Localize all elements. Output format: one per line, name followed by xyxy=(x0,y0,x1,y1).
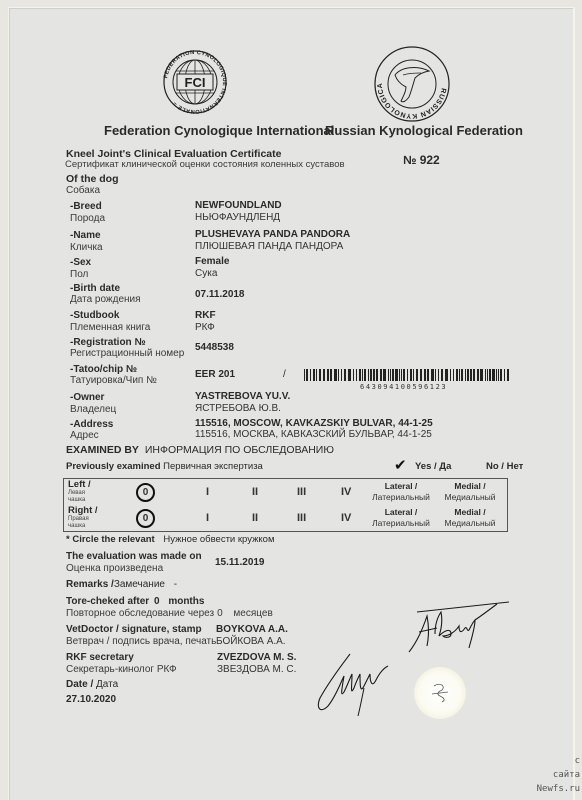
date-label: Date / Дата xyxy=(66,679,118,690)
field-label-ru: Племенная книга xyxy=(70,322,150,333)
lateral-option[interactable]: Lateral / Латериальный xyxy=(366,507,436,529)
medial-option[interactable]: Medial / Медиальный xyxy=(437,481,503,503)
previously-examined: Previously examined Первичная экспертиза xyxy=(66,461,263,472)
field-label-ru: Кличка xyxy=(70,242,103,253)
side-label-ru: Левая чашка xyxy=(68,490,98,504)
medial-ru: Медиальный xyxy=(437,518,503,529)
lateral-ru: Латериальный xyxy=(366,518,436,529)
field-value-ru: ПЛЮШЕВАЯ ПАНДА ПАНДОРА xyxy=(195,241,343,252)
grade-0-circled[interactable]: 0 xyxy=(136,509,155,528)
svg-text:FCI: FCI xyxy=(185,75,206,90)
grade-IV[interactable]: IV xyxy=(341,486,351,498)
grade-row-right: Right / Правая чашка 0 I II III IV Later… xyxy=(64,505,507,531)
evaluation-made-on-ru: Оценка произведена xyxy=(66,563,163,574)
field-label-en: -Address xyxy=(70,419,113,430)
lateral-en: Lateral / xyxy=(366,507,436,518)
remarks-label-en: Remarks / xyxy=(66,579,114,590)
side-label-en: Right / xyxy=(68,505,98,516)
vet-label-en: VetDoctor / signature, stamp xyxy=(66,624,202,635)
grade-I[interactable]: I xyxy=(206,512,209,524)
examined-by-en: EXAMINED BY xyxy=(66,444,139,456)
field-value-en: YASTREBOVA YU.V. xyxy=(195,391,290,402)
date-label-en: Date / xyxy=(66,679,93,690)
grade-0-circled[interactable]: 0 xyxy=(136,483,155,502)
secretary-name-ru: ЗВЕЗДОВА М. С. xyxy=(217,664,296,675)
vet-name-en: BOYKOVA A.A. xyxy=(216,624,288,635)
recheck-label-en: Tore-cheked after xyxy=(66,596,149,607)
field-label-ru: Татуировка/Чип № xyxy=(70,375,157,386)
field-value-en: PLUSHEVAYA PANDA PANDORA xyxy=(195,229,350,240)
medial-en: Medial / xyxy=(437,507,503,518)
recheck-unit-ru: месяцев xyxy=(233,608,272,619)
recheck-en: Tore-cheked after 0 months xyxy=(66,596,204,607)
lateral-ru: Латериальный xyxy=(366,492,436,503)
grade-row-left: Left / Левая чашка 0 I II III IV Lateral… xyxy=(64,479,507,505)
fci-org-name: Federation Cynologique International xyxy=(104,123,334,138)
field-value-en: RKF xyxy=(195,310,216,321)
side-label-en: Left / xyxy=(68,479,91,490)
date-value: 27.10.2020 xyxy=(66,694,116,705)
field-label-en: -Name xyxy=(70,230,101,241)
medial-en: Medial / xyxy=(437,481,503,492)
lateral-en: Lateral / xyxy=(366,481,436,492)
no-option[interactable]: No / Нет xyxy=(486,461,523,472)
field-value-en: EER 201 xyxy=(195,369,235,380)
field-label-en: -Owner xyxy=(70,392,104,403)
examined-by-ru: ИНФОРМАЦИЯ ПО ОБСЛЕДОВАНИЮ xyxy=(145,444,334,456)
secretary-label-ru: Секретарь-кинолог РКФ xyxy=(66,664,177,675)
field-label-en: -Studbook xyxy=(70,310,119,321)
grade-I[interactable]: I xyxy=(206,486,209,498)
chip-barcode-number: 643094100596123 xyxy=(360,383,447,391)
dog-section-heading: Of the dog xyxy=(66,173,119,185)
field-value-en: 115516, MOSCOW, KAVKAZSKIY BULVAR, 44-1-… xyxy=(195,418,433,429)
chip-barcode xyxy=(304,369,512,381)
medial-option[interactable]: Medial / Медиальный xyxy=(437,507,503,529)
remarks-label-ru: Замечание xyxy=(114,579,165,590)
lateral-option[interactable]: Lateral / Латериальный xyxy=(366,481,436,503)
field-value-en: 5448538 xyxy=(195,342,234,353)
watermark-line: Newfs.ru xyxy=(537,782,580,796)
field-value-en: Female xyxy=(195,256,229,267)
watermark-line: сайта xyxy=(537,768,580,782)
field-label-ru: Адрес xyxy=(70,430,99,441)
site-watermark: с сайта Newfs.ru xyxy=(537,754,580,796)
grade-IV[interactable]: IV xyxy=(341,512,351,524)
secretary-signature-icon xyxy=(310,640,410,720)
remarks: Remarks /Замечание - xyxy=(66,579,177,590)
circle-note: * Circle the relevant Нужное обвести кру… xyxy=(66,534,275,545)
circle-note-ru: Нужное обвести кружком xyxy=(163,534,274,545)
grade-II[interactable]: II xyxy=(252,512,258,524)
field-value-en: 07.11.2018 xyxy=(195,289,245,300)
field-value-ru: НЬЮФАУНДЛЕНД xyxy=(195,212,280,223)
field-value-ru: Сука xyxy=(195,268,217,279)
remarks-value: - xyxy=(174,579,177,590)
recheck-ru: Повторное обследование через0 месяцев xyxy=(66,608,273,619)
side-label-ru: Правая чашка xyxy=(68,516,98,530)
certificate-title-ru: Сертификат клинической оценки состояния … xyxy=(65,159,345,170)
field-label-ru: Регистрационный номер xyxy=(70,348,184,359)
field-label-ru: Пол xyxy=(70,269,88,280)
certificate-number: № 922 xyxy=(403,153,440,167)
checkmark-icon: ✔ xyxy=(394,456,407,474)
field-label-ru: Дата рождения xyxy=(70,294,141,305)
yes-option[interactable]: Yes / Да xyxy=(415,461,451,472)
grade-II[interactable]: II xyxy=(252,486,258,498)
field-label-en: -Birth date xyxy=(70,283,120,294)
previously-examined-en: Previously examined xyxy=(66,461,161,472)
secretary-name-en: ZVEZDOVA M. S. xyxy=(217,652,296,663)
field-value-ru: 115516, МОСКВА, КАВКАЗСКИЙ БУЛЬВАР, 44-1… xyxy=(195,429,432,440)
vet-name-ru: БОЙКОВА А.А. xyxy=(216,636,286,647)
watermark-line: с xyxy=(537,754,580,768)
secretary-label-en: RKF secretary xyxy=(66,652,134,663)
patella-grade-table: Left / Левая чашка 0 I II III IV Lateral… xyxy=(63,478,508,532)
evaluation-date: 15.11.2019 xyxy=(215,557,265,568)
field-value-ru: ЯСТРЕБОВА Ю.В. xyxy=(195,403,281,414)
field-label-ru: Владелец xyxy=(70,404,116,415)
fci-globe-emblem-icon: FCI FEDERATION CYNOLOGIQUE INTERNATIONAL… xyxy=(163,42,227,122)
rkf-borzoi-emblem-icon: RUSSIAN KYNOLOGICAL FEDERATION • xyxy=(373,45,451,123)
date-label-ru: Дата xyxy=(96,679,118,690)
vet-signature-icon xyxy=(405,598,515,658)
recheck-value-en: 0 xyxy=(154,596,160,607)
field-label-en: -Sex xyxy=(70,257,91,268)
examined-by-heading: EXAMINED BY ИНФОРМАЦИЯ ПО ОБСЛЕДОВАНИЮ xyxy=(66,444,334,456)
recheck-label-ru: Повторное обследование через xyxy=(66,608,214,619)
field-label-en: -Tatoo/chip № xyxy=(70,364,137,375)
field-value-en: NEWFOUNDLAND xyxy=(195,200,282,211)
stamp-scribble-icon xyxy=(426,678,456,708)
recheck-value-ru: 0 xyxy=(217,608,223,619)
field-value-ru: РКФ xyxy=(195,322,215,333)
rkf-org-name: Russian Kynological Federation xyxy=(325,123,523,138)
vet-label-ru: Ветврач / подпись врача, печать xyxy=(66,636,216,647)
grade-III[interactable]: III xyxy=(297,512,306,524)
field-label-ru: Порода xyxy=(70,213,105,224)
medial-ru: Медиальный xyxy=(437,492,503,503)
recheck-unit-en: months xyxy=(168,596,204,607)
evaluation-made-on-en: The evaluation was made on xyxy=(66,551,202,562)
field-label-en: -Registration № xyxy=(70,337,146,348)
field-label-en: -Breed xyxy=(70,201,102,212)
chip-separator: / xyxy=(283,369,286,380)
previously-examined-ru: Первичная экспертиза xyxy=(163,461,263,472)
dog-section-heading-ru: Собака xyxy=(66,185,100,196)
grade-III[interactable]: III xyxy=(297,486,306,498)
circle-note-en: * Circle the relevant xyxy=(66,534,155,545)
